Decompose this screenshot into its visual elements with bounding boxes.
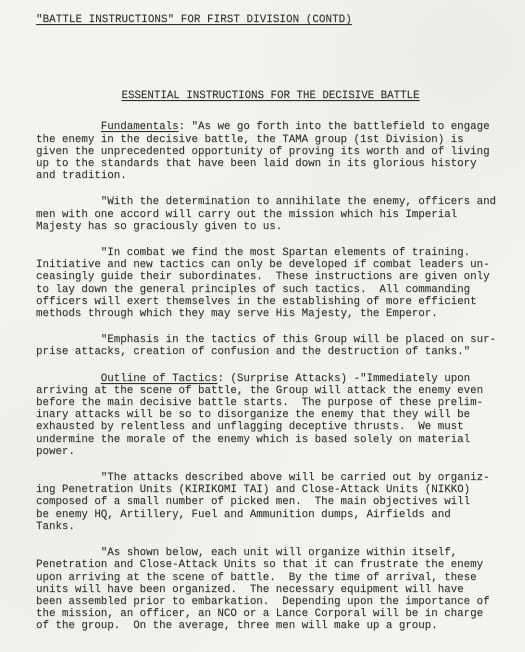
page-title-wrap: ESSENTIAL INSTRUCTIONS FOR THE DECISIVE … (36, 90, 505, 102)
text-line: the enemy in the decisive battle, the TA… (36, 134, 505, 146)
text-line: upon arriving at the scene of battle. By… (36, 572, 505, 584)
document-header: "BATTLE INSTRUCTIONS" FOR FIRST DIVISION… (36, 14, 505, 26)
text-line: "With the determination to annihilate th… (36, 196, 505, 208)
paragraph: "The attacks described above will be car… (36, 472, 505, 533)
text-line: power. (36, 446, 505, 458)
document-page: "BATTLE INSTRUCTIONS" FOR FIRST DIVISION… (0, 0, 525, 652)
text-line: "Emphasis in the tactics of this Group w… (36, 334, 505, 346)
text-line: up to the standards that have been laid … (36, 158, 505, 170)
paragraph-lead: Outline of Tactics (101, 373, 218, 385)
text-line: units will have been organized. The nece… (36, 584, 505, 596)
paragraph: Outline of Tactics: (Surprise Attacks) -… (36, 373, 505, 458)
text-line: ceasingly guide their subordinates. Thes… (36, 271, 505, 283)
text-line: inary attacks will be so to disorganize … (36, 409, 505, 421)
paragraph: "In combat we find the most Spartan elem… (36, 247, 505, 320)
paragraph: Fundamentals: "As we go forth into the b… (36, 121, 505, 182)
text-line: Fundamentals: "As we go forth into the b… (36, 121, 505, 133)
text-line: "The attacks described above will be car… (36, 472, 505, 484)
text-line: officers will exert themselves in the es… (36, 296, 505, 308)
text-line: the mission, an officer, an NCO or a Lan… (36, 608, 505, 620)
text-line: ing Penetration Units (KIRIKOMI TAI) and… (36, 484, 505, 496)
text-line: prise attacks, creation of confusion and… (36, 346, 505, 358)
text-line: of the group. On the average, three men … (36, 620, 505, 632)
paragraph-lead: Fundamentals (101, 121, 179, 133)
text-line: "As shown below, each unit will organize… (36, 547, 505, 559)
text-line: men with one accord will carry out the m… (36, 209, 505, 221)
text-line: Initiative and new tactics can only be d… (36, 259, 505, 271)
text-line: Penetration and Close-Attack Units so th… (36, 559, 505, 571)
text-line: and tradition. (36, 170, 505, 182)
text-line: given the unprecedented opportunity of p… (36, 146, 505, 158)
text-line: been assembled prior to embarkation. Dep… (36, 596, 505, 608)
text-line: be enemy HQ, Artillery, Fuel and Ammunit… (36, 509, 505, 521)
text-line: composed of a small number of picked men… (36, 496, 505, 508)
paragraph: "As shown below, each unit will organize… (36, 547, 505, 632)
paragraph: "With the determination to annihilate th… (36, 196, 505, 233)
text-line: exhausted by relentless and unflagging d… (36, 421, 505, 433)
text-line: Tanks. (36, 521, 505, 533)
document-body: Fundamentals: "As we go forth into the b… (36, 121, 505, 632)
text-line: arriving at the scene of battle, the Gro… (36, 385, 505, 397)
text-line: before the main decisive battle starts. … (36, 397, 505, 409)
text-line: undermine the morale of the enemy which … (36, 434, 505, 446)
text-line: Outline of Tactics: (Surprise Attacks) -… (36, 373, 505, 385)
text-line: "In combat we find the most Spartan elem… (36, 247, 505, 259)
page-title: ESSENTIAL INSTRUCTIONS FOR THE DECISIVE … (121, 90, 419, 102)
text-line: to lay down the general principles of su… (36, 284, 505, 296)
text-line: methods through which they may serve His… (36, 308, 505, 320)
text-line: Majesty has so graciously given to us. (36, 221, 505, 233)
paragraph: "Emphasis in the tactics of this Group w… (36, 334, 505, 358)
